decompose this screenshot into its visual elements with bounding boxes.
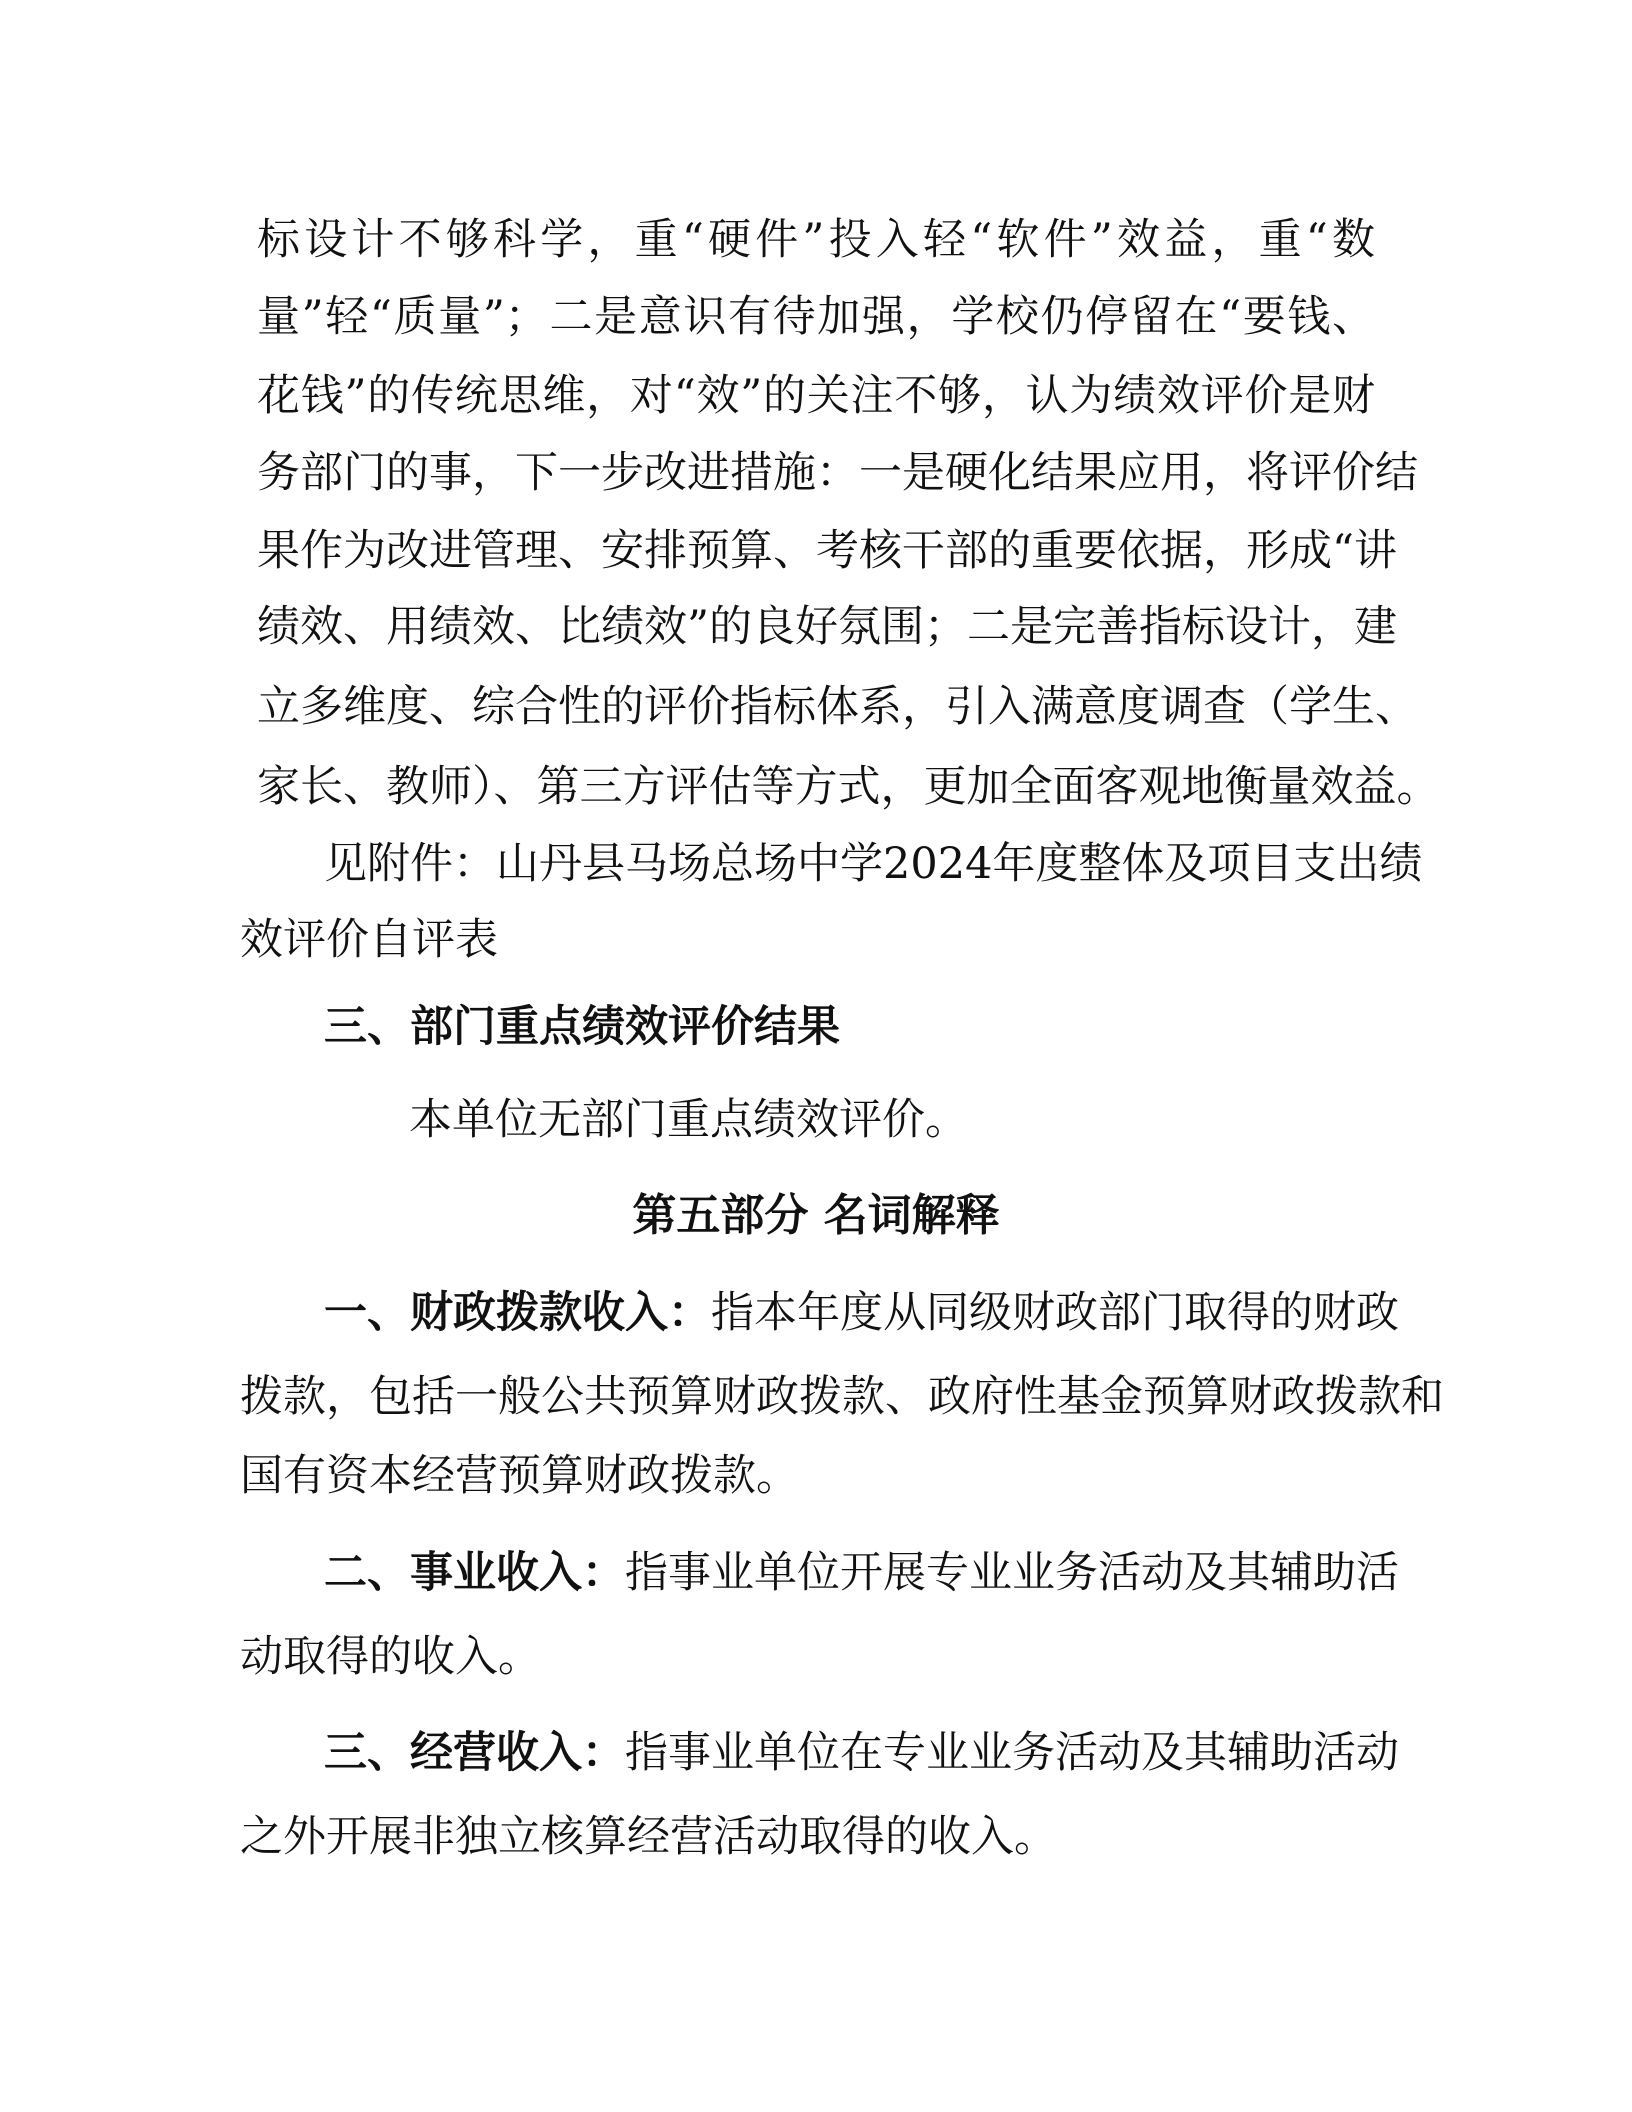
document-page: 标设计不够科学，重“硬件”投入轻“软件”效益，重“数 量”轻“质量”；二是意识有… [0,0,1632,2112]
term-definition-line: 之外开展非独立核算经营活动取得的收入。 [240,1809,1057,1865]
term-definition-line: 拨款，包括一般公共预算财政拨款、政府性基金预算财政拨款和 [240,1369,1376,1425]
term-definition: 指本年度从同级财政部门取得的财政 [711,1285,1399,1341]
term-definition-line: 动取得的收入。 [240,1629,541,1685]
paragraph-line: 标设计不够科学，重“硬件”投入轻“软件”效益，重“数 [257,212,1375,268]
term-definition-line: 国有资本经营预算财政拨款。 [240,1448,799,1504]
paragraph-line: 务部门的事，下一步改进措施：一是硬化结果应用，将评价结 [257,445,1375,501]
paragraph-line: 家长、教师）、第三方评估等方式，更加全面客观地衡量效益。 [257,759,1375,815]
paragraph-line: 花钱”的传统思维，对“效”的关注不够，认为绩效评价是财 [257,368,1375,424]
paragraph-line: 立多维度、综合性的评价指标体系，引入满意度调查（学生、 [257,679,1375,735]
term-label: 一、财政拨款收入： [324,1285,711,1341]
attachment-note-line: 效评价自评表 [240,912,498,968]
term-definition: 指事业单位开展专业业务活动及其辅助活 [625,1545,1399,1601]
term-label: 二、事业收入： [324,1545,625,1601]
paragraph-line: 果作为改进管理、安排预算、考核干部的重要依据，形成“讲 [257,523,1375,579]
paragraph-line: 绩效、用绩效、比绩效”的良好氛围；二是完善指标设计，建 [257,599,1375,655]
section-body: 本单位无部门重点绩效评价。 [409,1092,968,1148]
paragraph-line: 量”轻“质量”；二是意识有待加强，学校仍停留在“要钱、 [257,289,1375,345]
term-definition-line: 三、经营收入： 指事业单位在专业业务活动及其辅助活动 [324,1725,1376,1781]
term-definition-line: 二、事业收入： 指事业单位开展专业业务活动及其辅助活 [324,1545,1376,1601]
term-definition-line: 一、财政拨款收入： 指本年度从同级财政部门取得的财政 [324,1285,1376,1341]
term-label: 三、经营收入： [324,1725,625,1781]
attachment-note-line: 见附件：山丹县马场总场中学2024年度整体及项目支出绩 [324,836,1376,892]
section-heading: 三、部门重点绩效评价结果 [324,999,840,1055]
term-definition: 指事业单位在专业业务活动及其辅助活动 [625,1725,1399,1781]
part-title: 第五部分 名词解释 [0,1188,1632,1244]
